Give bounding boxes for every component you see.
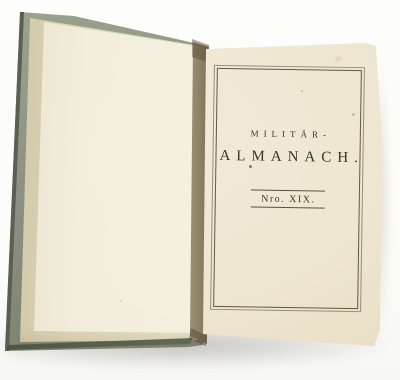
edition-number-box: Nro. XIX. (251, 189, 325, 208)
photo: MILITÄR- ALMANACH. Nro. XIX. (0, 0, 400, 380)
paper-stain (335, 57, 342, 61)
paper-speck (301, 90, 303, 92)
paper-speck (249, 165, 252, 168)
paper-speck (352, 113, 355, 116)
title-page-frame: MILITÄR- ALMANACH. Nro. XIX. (210, 65, 365, 312)
title-page-frame-inner (213, 68, 362, 309)
paper-speck (120, 300, 122, 302)
edition-number-label: Nro. XIX. (261, 193, 315, 205)
title-line-almanach: ALMANACH. (213, 148, 362, 167)
